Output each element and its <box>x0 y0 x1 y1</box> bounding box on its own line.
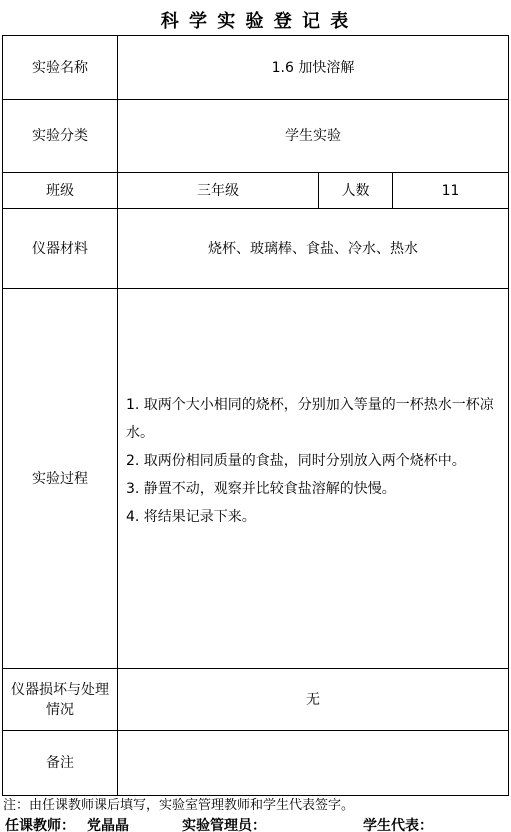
process-step: 1. 取两个大小相同的烧杯，分别加入等量的一杯热水一杯凉水。 <box>126 391 496 447</box>
row-class-info: 班级 三年级 人数 11 <box>3 173 508 209</box>
row-process: 实验过程 1. 取两个大小相同的烧杯，分别加入等量的一杯热水一杯凉水。 2. 取… <box>3 289 508 669</box>
process-step: 3. 静置不动，观察并比较食盐溶解的快慢。 <box>126 475 496 503</box>
process-label: 实验过程 <box>3 289 118 668</box>
remarks-value <box>118 731 508 795</box>
teacher-name: 党晶晶 <box>87 818 129 832</box>
process-step: 4. 将结果记录下来。 <box>126 503 496 531</box>
row-materials: 仪器材料 烧杯、玻璃棒、食盐、冷水、热水 <box>3 209 508 289</box>
teacher-signature: 任课教师：党晶晶 <box>5 815 129 832</box>
page-title: 科 学 实 验 登 记 表 <box>0 0 511 35</box>
row-damage: 仪器损坏与处理情况 无 <box>3 669 508 731</box>
materials-label: 仪器材料 <box>3 209 118 288</box>
signature-line: 任课教师：党晶晶 实验管理员： 学生代表： <box>0 815 511 832</box>
process-step: 2. 取两份相同质量的食盐，同时分别放入两个烧杯中。 <box>126 447 496 475</box>
footer-note: 注：由任课教师课后填写，实验室管理教师和学生代表签字。 <box>3 798 511 813</box>
experiment-type-value: 学生实验 <box>118 100 508 172</box>
experiment-name-value: 1.6 加快溶解 <box>118 36 508 99</box>
student-rep-label: 学生代表： <box>363 815 433 832</box>
damage-label: 仪器损坏与处理情况 <box>3 669 118 730</box>
student-count-label: 人数 <box>319 173 393 208</box>
document-page: 科 学 实 验 登 记 表 实验名称 1.6 加快溶解 实验分类 学生实验 班级… <box>0 0 511 832</box>
teacher-label: 任课教师： <box>5 818 75 832</box>
student-count-value: 11 <box>393 173 508 208</box>
remarks-label: 备注 <box>3 731 118 795</box>
manager-label: 实验管理员： <box>182 815 266 832</box>
row-experiment-name: 实验名称 1.6 加快溶解 <box>3 36 508 100</box>
row-experiment-type: 实验分类 学生实验 <box>3 100 508 173</box>
row-remarks: 备注 <box>3 731 508 795</box>
registration-table: 实验名称 1.6 加快溶解 实验分类 学生实验 班级 三年级 人数 11 仪器材… <box>2 35 509 796</box>
experiment-type-label: 实验分类 <box>3 100 118 172</box>
class-value: 三年级 <box>118 173 319 208</box>
class-label: 班级 <box>3 173 118 208</box>
experiment-name-label: 实验名称 <box>3 36 118 99</box>
process-steps: 1. 取两个大小相同的烧杯，分别加入等量的一杯热水一杯凉水。 2. 取两份相同质… <box>118 289 508 668</box>
damage-value: 无 <box>118 669 508 730</box>
materials-value: 烧杯、玻璃棒、食盐、冷水、热水 <box>118 209 508 288</box>
